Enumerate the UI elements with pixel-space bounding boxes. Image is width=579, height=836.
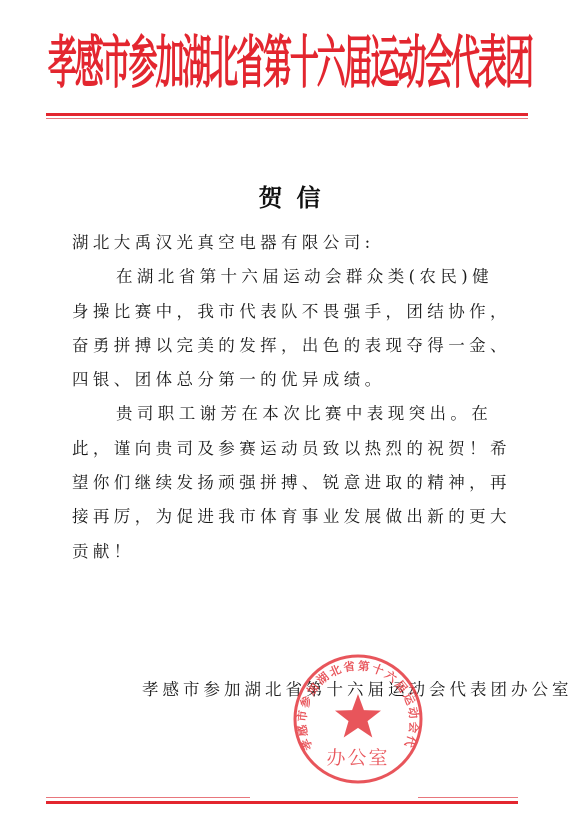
star-icon	[335, 694, 381, 738]
masthead-char: 北	[209, 19, 234, 99]
footer-rule-thin-left	[46, 797, 250, 798]
paragraph-1: 在湖北省第十六届运动会群众类(农民)健身操比赛中，我市代表队不畏强手，团结协作，…	[72, 260, 512, 397]
masthead-char: 运	[371, 19, 396, 99]
letter-page: 孝 感 市 参 加 湖 北 省 第 十 六 届 运 动 会 代 表 团 贺信 湖…	[0, 0, 579, 836]
masthead-char: 孝	[48, 19, 73, 99]
salutation: 湖北大禹汉光真空电器有限公司:	[72, 226, 512, 260]
masthead-char: 感	[75, 19, 100, 99]
masthead-char: 加	[156, 19, 181, 99]
official-seal: 孝感市参加湖北省第十六届运动会代表团 办公室	[291, 652, 425, 786]
masthead-title: 孝 感 市 参 加 湖 北 省 第 十 六 届 运 动 会 代 表 团	[48, 26, 530, 92]
masthead-char: 十	[290, 19, 315, 99]
masthead-char: 动	[397, 19, 422, 99]
masthead-char: 团	[505, 19, 530, 99]
header-rule-thin	[46, 118, 528, 119]
masthead-char: 市	[102, 19, 127, 99]
masthead-char: 六	[317, 19, 342, 99]
paragraph-2: 贵司职工谢芳在本次比赛中表现突出。在此，谨向贵司及参赛运动员致以热烈的祝贺！希望…	[72, 397, 512, 568]
masthead-char: 参	[129, 19, 154, 99]
masthead-char: 湖	[182, 19, 207, 99]
footer-rule-thick	[46, 801, 518, 804]
masthead-char: 表	[478, 19, 503, 99]
footer-rule-thin-right	[418, 797, 518, 798]
masthead-char: 代	[451, 19, 476, 99]
letter-body: 湖北大禹汉光真空电器有限公司: 在湖北省第十六届运动会群众类(农民)健身操比赛中…	[72, 226, 512, 569]
letter-title: 贺信	[0, 178, 579, 213]
seal-bottom-text: 办公室	[326, 747, 389, 769]
header-rule-thick	[46, 113, 528, 116]
masthead-char: 会	[424, 19, 449, 99]
masthead-char: 届	[344, 19, 369, 99]
masthead-char: 第	[263, 19, 288, 99]
masthead-char: 省	[236, 19, 261, 99]
